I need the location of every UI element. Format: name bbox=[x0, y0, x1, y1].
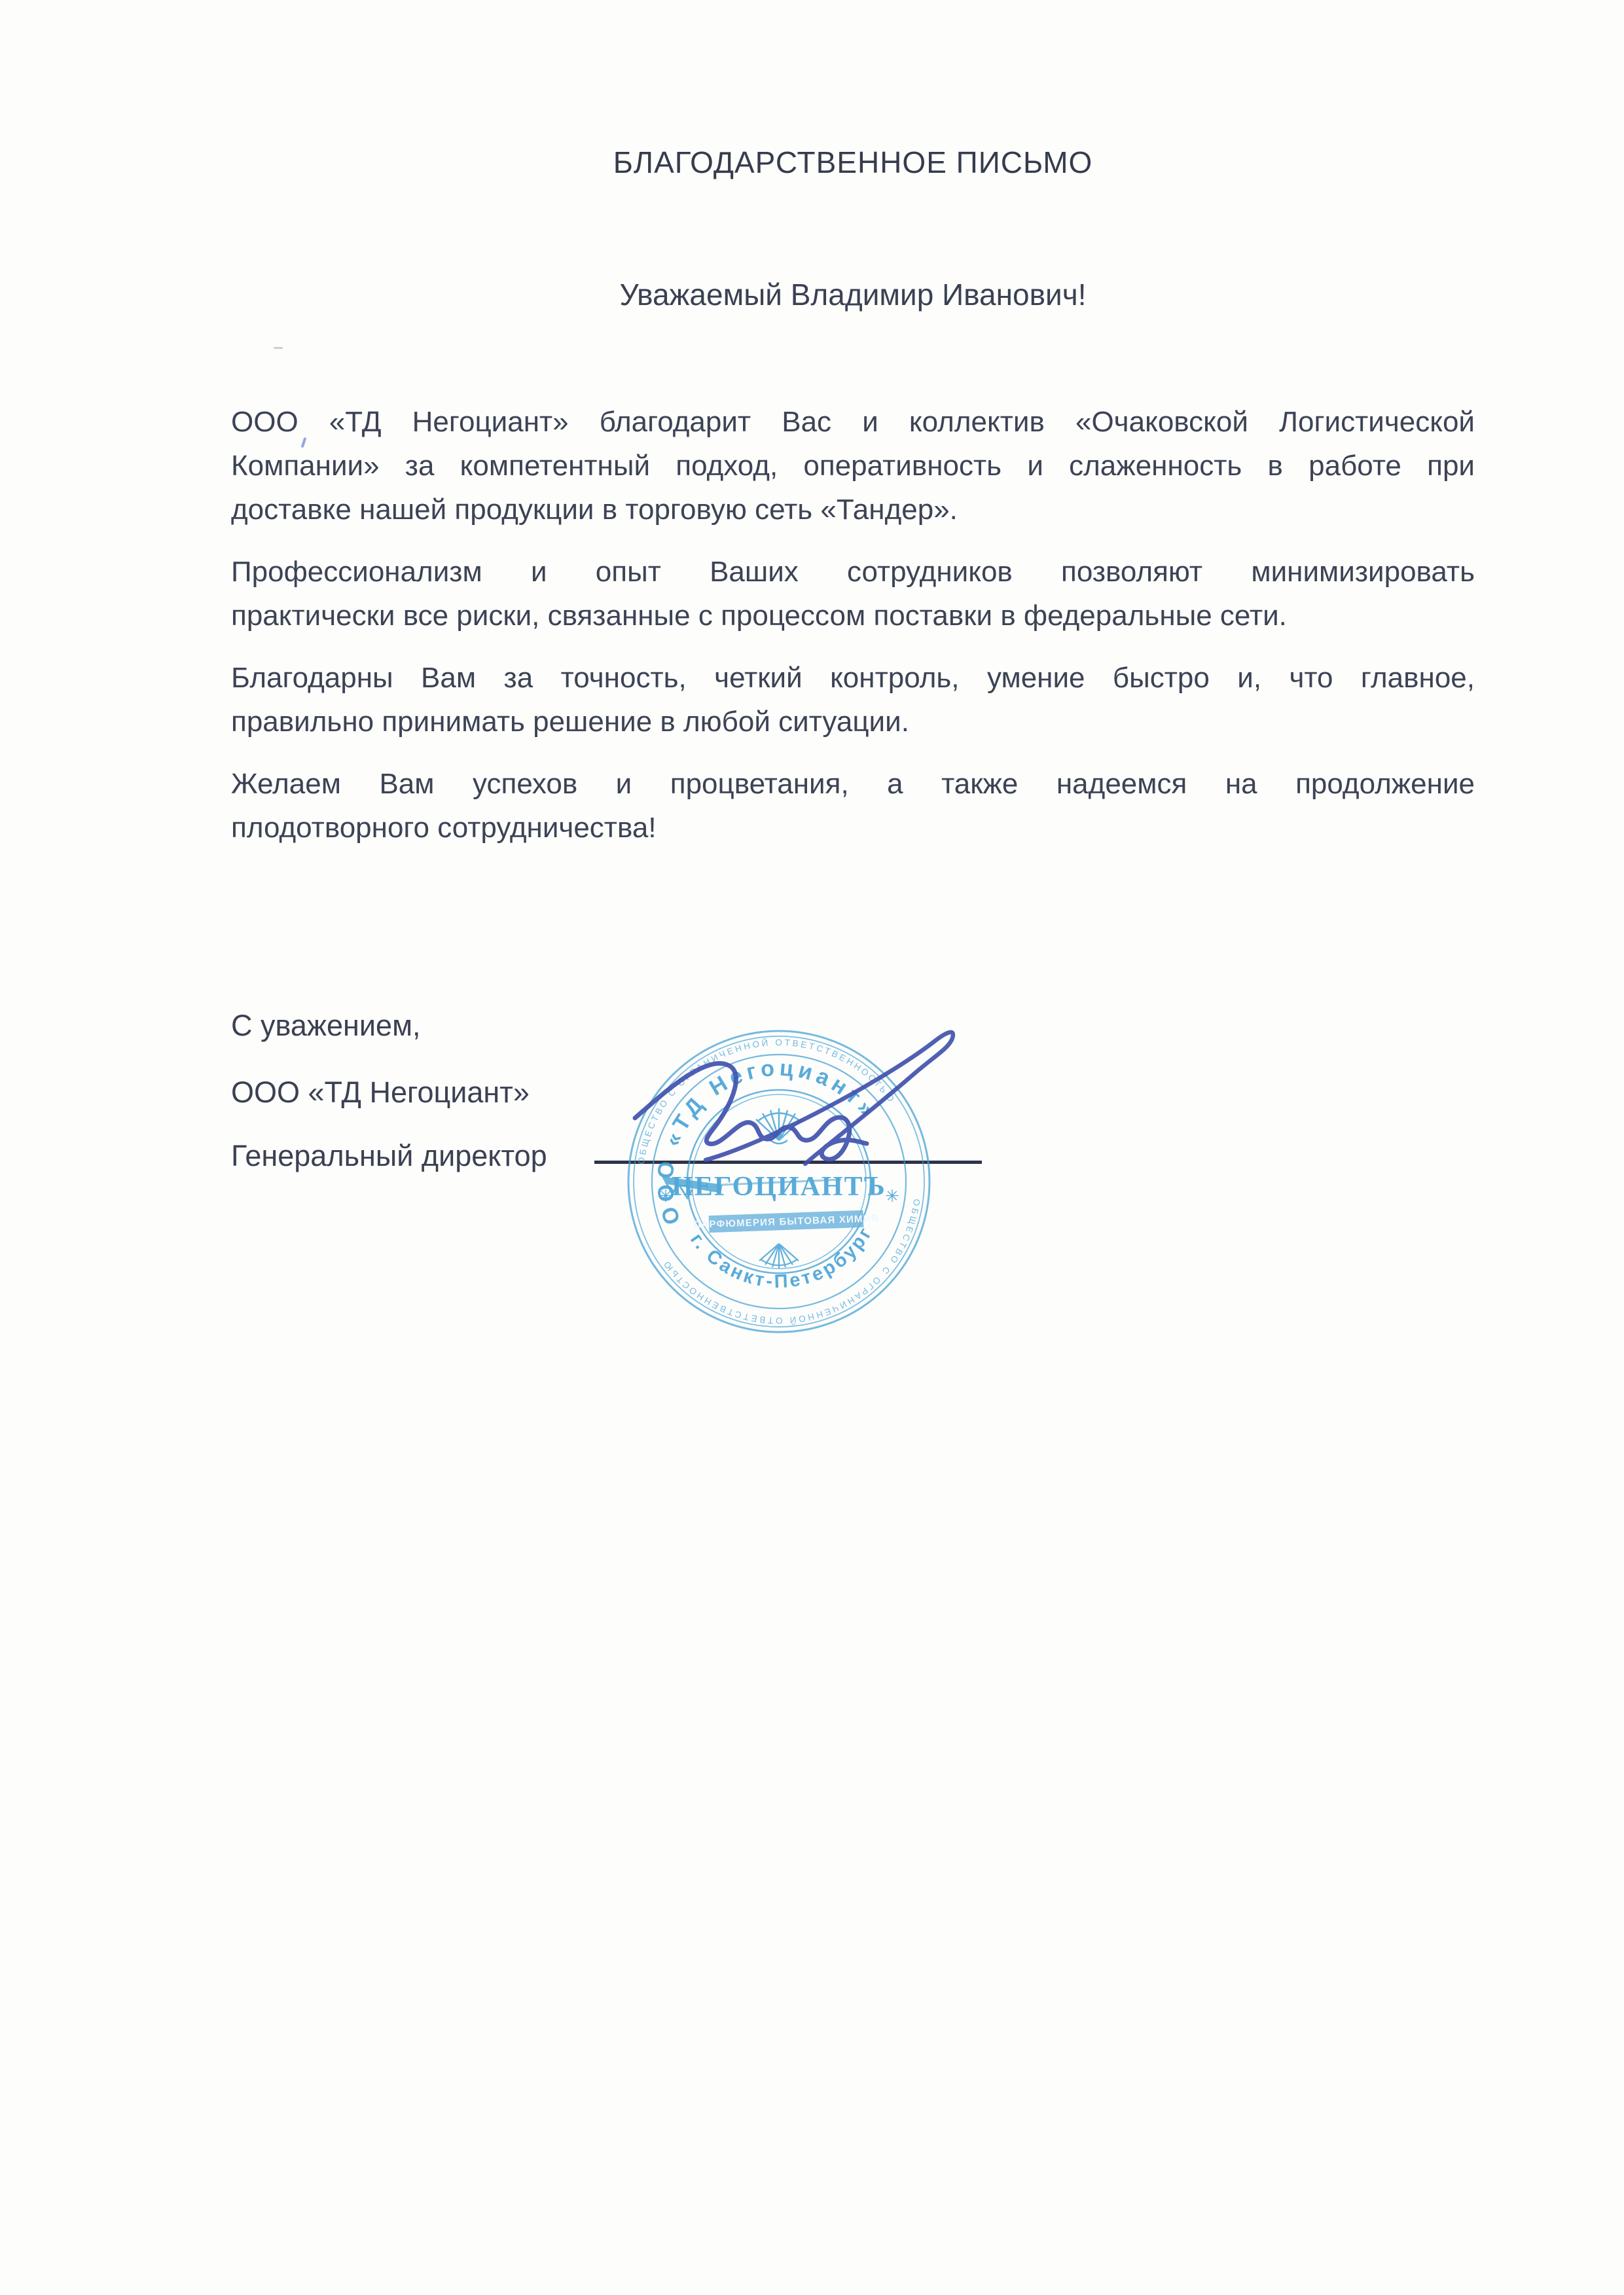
paragraph-line: правильно принимать решение в любой ситу… bbox=[231, 700, 1475, 744]
paragraph-line: Профессионализм и опыт Ваших сотрудников… bbox=[231, 550, 1475, 594]
paragraph-line: практически все риски, связанные с проце… bbox=[231, 594, 1475, 638]
letter-page: БЛАГОДАРСТВЕННОЕ ПИСЬМО Уважаемый Владим… bbox=[0, 0, 1624, 2295]
fan-icon bbox=[759, 1244, 799, 1269]
closing-regards: С уважением, bbox=[231, 1007, 421, 1045]
stamp-star-right: ✳ bbox=[885, 1186, 899, 1206]
letter-title: БЛАГОДАРСТВЕННОЕ ПИСЬМО bbox=[231, 143, 1475, 182]
stamp-ring-bottom-text: г. Санкт-Петербург bbox=[686, 1222, 877, 1292]
paragraph-line: плодотворного сотрудничества! bbox=[231, 806, 1475, 850]
handwritten-signature bbox=[609, 1008, 988, 1185]
paragraph-line: Компании» за компетентный подход, операт… bbox=[231, 444, 1475, 488]
closing-position: Генеральный директор bbox=[231, 1137, 547, 1175]
paragraph-1: ООО «ТД Негоциант» благодарит Вас и колл… bbox=[231, 400, 1475, 532]
paragraph-line: ООО «ТД Негоциант» благодарит Вас и колл… bbox=[231, 400, 1475, 444]
scan-speck bbox=[274, 347, 283, 349]
paragraph-line: доставке нашей продукции в торговую сеть… bbox=[231, 488, 1475, 532]
paragraph-line: Желаем Вам успехов и процветания, а такж… bbox=[231, 762, 1475, 806]
paragraph-4: Желаем Вам успехов и процветания, а такж… bbox=[231, 762, 1475, 850]
paragraph-2: Профессионализм и опыт Ваших сотрудников… bbox=[231, 550, 1475, 638]
salutation: Уважаемый Владимир Иванович! bbox=[231, 275, 1475, 314]
signature-flourish-stroke bbox=[706, 1032, 953, 1164]
letter-body: ООО «ТД Негоциант» благодарит Вас и колл… bbox=[231, 400, 1475, 868]
paragraph-line: Благодарны Вам за точность, четкий контр… bbox=[231, 656, 1475, 700]
paragraph-3: Благодарны Вам за точность, четкий контр… bbox=[231, 656, 1475, 744]
closing-company: ООО «ТД Негоциант» bbox=[231, 1074, 530, 1111]
